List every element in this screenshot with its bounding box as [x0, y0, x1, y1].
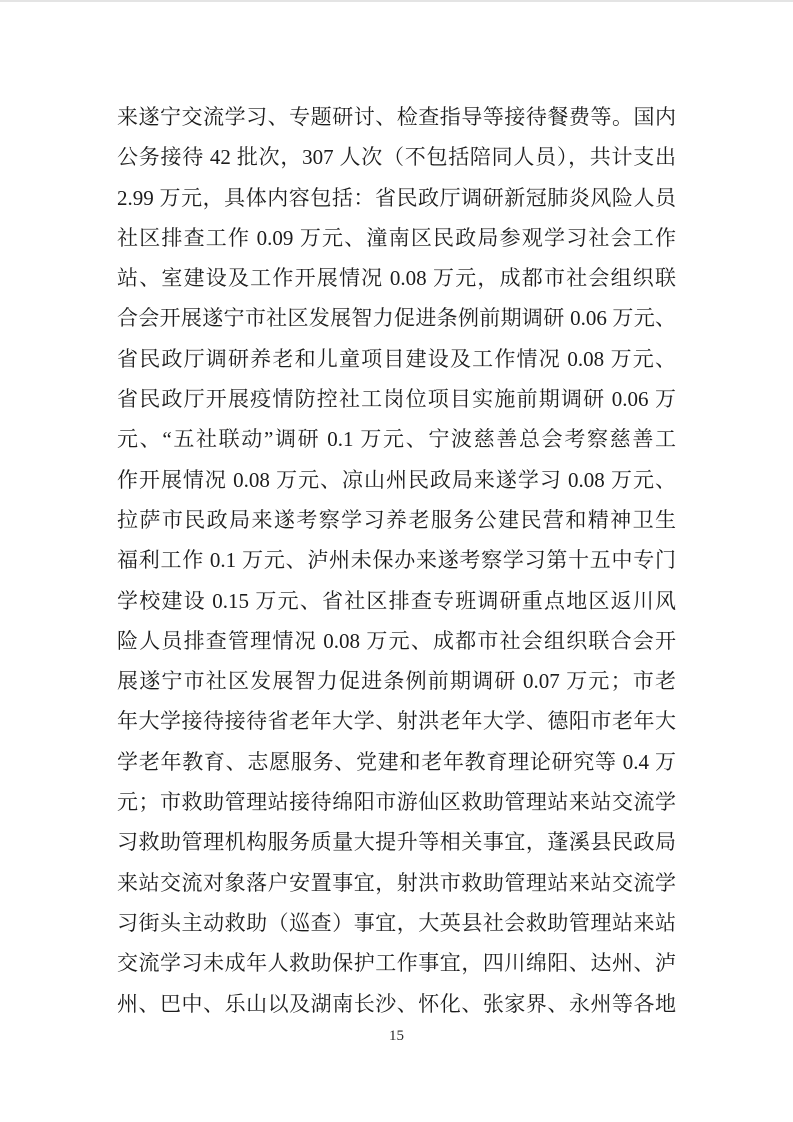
text-line: 展遂宁市社区发展智力促进条例前期调研 0.07 万元；市老 — [117, 661, 676, 701]
text-line: 站、室建设及工作开展情况 0.08 万元，成都市社会组织联 — [117, 258, 676, 298]
text-line: 年大学接待接待省老年大学、射洪老年大学、德阳市老年大 — [117, 701, 676, 741]
text-line: 元；市救助管理站接待绵阳市游仙区救助管理站来站交流学 — [117, 782, 676, 822]
text-line: 交流学习未成年人救助保护工作事宜，四川绵阳、达州、泸 — [117, 943, 676, 983]
text-line: 合会开展遂宁市社区发展智力促进条例前期调研 0.06 万元、 — [117, 298, 676, 338]
text-line: 来遂宁交流学习、专题研讨、检查指导等接待餐费等。国内 — [117, 97, 676, 137]
text-line: 公务接待 42 批次，307 人次（不包括陪同人员），共计支出 — [117, 137, 676, 177]
text-line: 省民政厅开展疫情防控社工岗位项目实施前期调研 0.06 万 — [117, 379, 676, 419]
text-line: 学老年教育、志愿服务、党建和老年教育理论研究等 0.4 万 — [117, 742, 676, 782]
text-line: 作开展情况 0.08 万元、凉山州民政局来遂学习 0.08 万元、 — [117, 460, 676, 500]
text-line: 来站交流对象落户安置事宜，射洪市救助管理站来站交流学 — [117, 863, 676, 903]
text-line: 2.99 万元，具体内容包括：省民政厅调研新冠肺炎风险人员 — [117, 178, 676, 218]
text-line: 学校建设 0.15 万元、省社区排查专班调研重点地区返川风 — [117, 581, 676, 621]
text-line: 元、“五社联动”调研 0.1 万元、宁波慈善总会考察慈善工 — [117, 419, 676, 459]
document-page: 来遂宁交流学习、专题研讨、检查指导等接待餐费等。国内公务接待 42 批次，307… — [0, 0, 793, 1122]
text-line: 省民政厅调研养老和儿童项目建设及工作情况 0.08 万元、 — [117, 339, 676, 379]
text-line: 社区排查工作 0.09 万元、潼南区民政局参观学习社会工作 — [117, 218, 676, 258]
page-number: 15 — [0, 1028, 793, 1045]
text-line: 习救助管理机构服务质量大提升等相关事宜，蓬溪县民政局 — [117, 822, 676, 862]
paragraph-body: 来遂宁交流学习、专题研讨、检查指导等接待餐费等。国内公务接待 42 批次，307… — [117, 97, 676, 1024]
text-line: 险人员排查管理情况 0.08 万元、成都市社会组织联合会开 — [117, 621, 676, 661]
text-line: 习街头主动救助（巡查）事宜，大英县社会救助管理站来站 — [117, 903, 676, 943]
text-line: 州、巴中、乐山以及湖南长沙、怀化、张家界、永州等各地 — [117, 984, 676, 1024]
text-line: 拉萨市民政局来遂考察学习养老服务公建民营和精神卫生 — [117, 500, 676, 540]
text-line: 福利工作 0.1 万元、泸州未保办来遂考察学习第十五中专门 — [117, 540, 676, 580]
